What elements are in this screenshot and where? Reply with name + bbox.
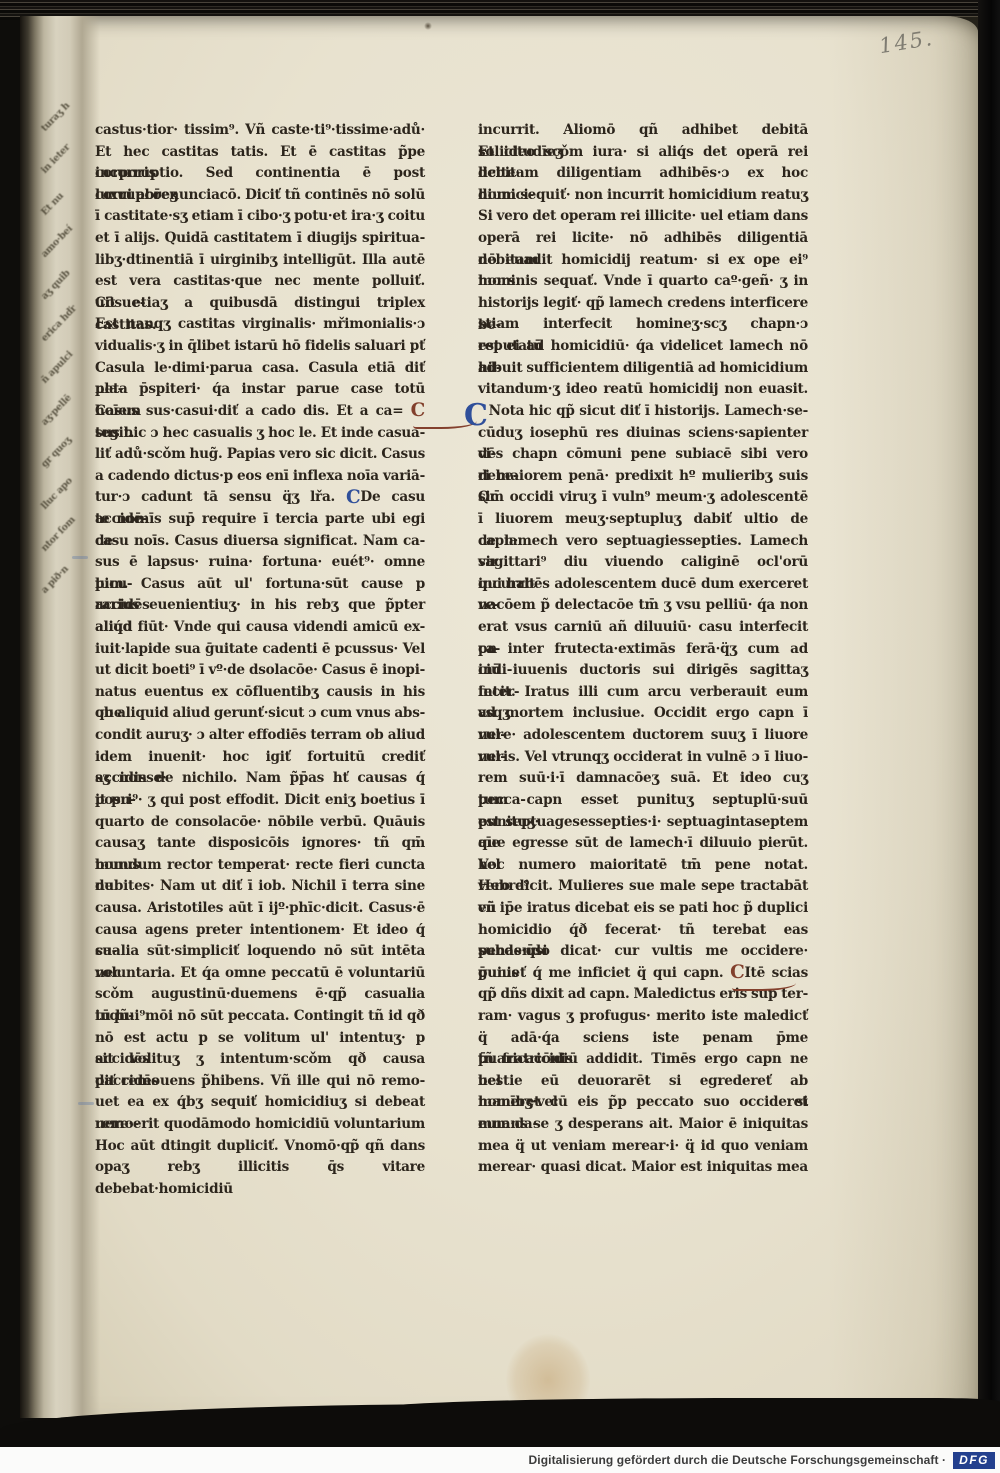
text-line: q̈ adā·q́a sciens iste penam p̄me p̄uari… <box>478 1028 808 1050</box>
text-line: ciū iuuenis ductoris sui dirigēs sagitta… <box>478 660 808 682</box>
text-line: it pri⁹· ʒ qui post effodit. Dicit eniʒ … <box>95 790 425 812</box>
text-line: ri maiorem penā· predixit hº mulieribʒ s… <box>478 466 808 488</box>
text-line: neta p̄spiteri· q́a instar parue case to… <box>95 379 425 401</box>
text-line: idem inuenit· hoc igiť fortuitū crediť a… <box>95 747 425 769</box>
text-line: pn inter frutecta·extimās ferā·q̈ʒ cum a… <box>478 639 808 661</box>
text-line: debitam diligentiam adhibēs·ɔ ex hoc hom… <box>478 163 808 185</box>
text-line: mundum rector temperat· recte fieri cunc… <box>95 855 425 877</box>
text-line: libʒ·dtinentiā ī uirginibʒ intelligūt. I… <box>95 250 425 272</box>
text-line: ut dicit boeti⁹ ī vº·de dsolacōe· Casus … <box>95 660 425 682</box>
text-line: nō est actu p se volitum ul' intentuʒ· p… <box>95 1028 425 1050</box>
text-line: incorruptio. Sed continentia ē post corr… <box>95 163 425 185</box>
page-edge-shading <box>828 16 978 1418</box>
text-line: sit volituʒ ʒ intentum·scǒm qð causa pac… <box>95 1049 425 1071</box>
text-line: dium sequiť· non incurrit homicidium rea… <box>478 185 808 207</box>
text-line: a cadendo dictus·p eos enī inflexa noīa … <box>95 466 425 488</box>
text-line: et ī alijs. Quidā castitatem ī diugijs s… <box>95 228 425 250</box>
text-line: sus ē lapsus· ruina· fortuna· euét⁹· omn… <box>95 552 425 574</box>
text-line: operā rei licite· nō adhibēs diligentiā … <box>478 228 808 250</box>
text-line: scǒm augustinū·duemens ē·qp̃ casualia in… <box>95 984 425 1006</box>
text-line: ī castitate·sʒ etiam ī cibo·ʒ potu·et ir… <box>95 206 425 228</box>
digitisation-credit-bar: Digitalisierung gefördert durch die Deut… <box>0 1447 1000 1473</box>
text-line: quarto de consolacōe· nōbile verbū. Quāu… <box>95 812 425 834</box>
text-line: est septuagesessepties·i· septuagintasep… <box>478 812 808 834</box>
text-line: tñ fratricidiū addidit. Timēs ergo capn … <box>478 1049 808 1071</box>
text-line: stiam interfecit homineʒ·scʒ chapn·ɔ rep… <box>478 314 808 336</box>
text-line: Casula le·dimi·parua casa. Casula etiā d… <box>95 358 425 380</box>
text-line: Est nanqʒ castitas virginalis· mřimonial… <box>95 314 425 336</box>
text-line: lluc apo <box>39 471 79 512</box>
text-line: aʒ quib <box>39 261 79 302</box>
text-line: sʒ non de nichilo. Nam p̃p̄as hť causas … <box>95 768 425 790</box>
text-line: dēs chapn cōmuni pene subiacē sibi vero … <box>478 444 808 466</box>
text-line: causa. Aristotiles aūt ī ijº·phīc·dicit.… <box>95 898 425 920</box>
text-line: iuit·lapide sua ḡuitate cadenti ē pcussu… <box>95 639 425 661</box>
text-line: historijs legiť· qp̃ lamech credens inte… <box>478 293 808 315</box>
text-line: liť adů·scǒm hug̃. Papias vero sic dicit… <box>95 444 425 466</box>
text-line: est vera castitas·que nec mente polluiť.… <box>95 271 425 293</box>
text-line: natus euentus ex cōfluentibʒ causis in h… <box>95 682 425 704</box>
text-line: ram· vagus ʒ profugus· merito iste maled… <box>478 1006 808 1028</box>
facing-page-text-fragments: turaʒ hin ieterEt nuamo·beíaʒ quiberica … <box>36 108 82 581</box>
text-line: hoc numero maioritatē tm̄ pene notat. He… <box>478 855 808 877</box>
text-line: Et ideo scǒm iura· si aliq́s det operā r… <box>478 142 808 164</box>
text-line: aʒ·pellē <box>39 387 79 428</box>
text-line: dubites· Nam ut diť ī iob. Nichil ī terr… <box>95 876 425 898</box>
text-line: casu noīs. Casus diuersa significat. Nam… <box>95 531 425 553</box>
text-line: aliud fiūt· Vnde qui causa videndi amicū… <box>95 617 425 639</box>
text-line: fecit. Iratus illi cum arcu verberauit e… <box>478 682 808 704</box>
text-line: vñ ip̄e iratus dicebat eis se pati hoc p… <box>478 898 808 920</box>
text-line: lum. Casus aūt ul' fortuna·sūt cause p a… <box>95 574 425 596</box>
text-line: uet ea ex q́bʒ sequiť homicidiuʒ si debe… <box>95 1092 425 1114</box>
parchment-speck <box>424 22 432 30</box>
text-line: sagittari⁹ diu viuendo caliginē ocl'orū … <box>478 552 808 574</box>
text-line: vero dicit. Mulieres sue male sepe tract… <box>478 876 808 898</box>
manuscript-scan: turaʒ hin ieterEt nuamo·beíaʒ quiberica … <box>0 0 1000 1473</box>
text-line: ī liuorem meuʒ·septupluʒ dabiť ultio de … <box>478 509 808 531</box>
text-line: in ieter <box>39 135 79 176</box>
text-line: CNota hic qp̃ sicut diť ī historijs. Lam… <box>478 401 808 423</box>
text-line: sualia sūt·simpliciť loquendo nō sūt int… <box>95 941 425 963</box>
text-line: uere·erit quodāmodo homicidiū voluntariu… <box>95 1114 425 1136</box>
text-line: est ei ad homicidiū· q́a videlicet lamec… <box>478 336 808 358</box>
text-line: rarius euenientiuʒ· in his rebʒ que p̃pt… <box>95 595 425 617</box>
text-line: vidualis·ʒ in q̄libet istarū hō fidelis … <box>95 336 425 358</box>
margin-mark <box>72 556 88 559</box>
text-line: erica hďr <box>39 303 79 344</box>
text-line: condit auruʒ· ɔ alter effodiēs terram ob… <box>95 725 425 747</box>
text-column-left: castus·tior· tissim⁹. Vñ caste·ti⁹·tissi… <box>95 120 425 1179</box>
text-line: tur·ɔ cadunt tā sensu q̈ʒ lřa. CDe casu … <box>95 487 425 509</box>
text-line: diť remouens p̃hibens. Vñ ille qui nō re… <box>95 1071 425 1093</box>
text-line: voluntaria. Et q́a omne peccatū ē volunt… <box>95 963 425 985</box>
margin-mark <box>78 1102 94 1105</box>
text-line: mea q̈ ut veniam merear·i· q̈ id quo ven… <box>478 1136 808 1158</box>
text-line: merear· quasi dicat. Maior est iniquitas… <box>478 1157 808 1179</box>
text-line: Si vero det operam rei illicite· uel eti… <box>478 206 808 228</box>
text-line: ñ apulci <box>39 345 79 386</box>
text-line: tū hui⁹mōi nō sūt peccata. Contingit tñ … <box>95 1006 425 1028</box>
page-number: 145. <box>878 26 936 58</box>
manuscript-page: turaʒ hin ieterEt nuamo·beíaʒ quiberica … <box>20 16 978 1418</box>
text-line: uit etiaʒ a quibusdā distingui triplex c… <box>95 293 425 315</box>
illuminated-initial-blue: C <box>464 401 488 431</box>
text-line: punieť q́ me inficiet q̈ qui capn. CItē … <box>478 963 808 985</box>
text-line: rem suū·i·ī damnacōeʒ suā. Et ideo cuʒ p… <box>478 768 808 790</box>
text-line: nacōem p̃ delectacōe tm̄ ʒ vsu pelliū· q… <box>478 595 808 617</box>
text-line: amo·beí <box>39 219 79 260</box>
rubric-initial-red: C <box>411 402 425 420</box>
text-line: erat vsus carniū añ diluuiū· casu interf… <box>478 617 808 639</box>
text-line: incurrit. Aliomō qñ adhibet debitā solic… <box>478 120 808 142</box>
text-line: luxui abrenunciacō. Diciť tñ continēs nō… <box>95 185 425 207</box>
text-line: que egresse sūt de lamech·ī diluuio pier… <box>478 833 808 855</box>
text-line: cūduʒ iosephū res diuinas sciens·sapient… <box>478 423 808 445</box>
illuminated-initial-blue: C <box>346 489 360 507</box>
book-bottom-edge <box>0 1404 1000 1450</box>
text-line: hibuit sufficientem diligentiā ad homici… <box>478 358 808 380</box>
rubric-initial-red: C <box>730 964 744 982</box>
footer-credit-text: Digitalisierung gefördert durch die Deut… <box>529 1453 947 1467</box>
text-line: nō euadit homicidij reatum· si ex ope ei… <box>478 250 808 272</box>
text-line: causaʒ tante disposicōis ignores· tñ qm̄… <box>95 833 425 855</box>
text-line: castus·tior· tissim⁹. Vñ caste·ti⁹·tissi… <box>95 120 425 142</box>
text-column-right: incurrit. Aliomō qñ adhibet debitā solic… <box>478 120 808 1179</box>
text-line: qui habēs adolescentem ducē dum exercere… <box>478 574 808 596</box>
text-line: neris. Vel vtrunqʒ occiderat in vulnē ɔ … <box>478 747 808 769</box>
text-line: ob aliquid aliud gerunť·sicut ɔ cum vnus… <box>95 703 425 725</box>
text-line: Casus sus·casui·diť a cado dis. Et a ca=… <box>95 401 425 423</box>
text-line: homicidio q́ð fecerat· tñ terebat eas su… <box>478 920 808 942</box>
text-line: tum capn esset punituʒ septuplū·suū puni… <box>478 790 808 812</box>
text-line: causa agens preter intentionem· Et ideo … <box>95 920 425 942</box>
text-line: maneret cū eis p̃p peccato suo occideret… <box>478 1092 808 1114</box>
text-line: Qm̄ occidi viruʒ ī vuln⁹ meum·ʒ adolesce… <box>478 487 808 509</box>
text-line: Hoc aūt dtingit dupliciť. Vnomō·qp̃ qñ d… <box>95 1136 425 1158</box>
text-line: opaʒ rebʒ illicitis q̄s vitare debebat·h… <box>95 1157 425 1179</box>
text-line: hominis sequať. Vnde ī quarto caº·geñ· ʒ… <box>478 271 808 293</box>
text-line: gr quoʒ <box>39 429 79 470</box>
text-line: ntor ſom <box>39 513 79 554</box>
text-line: penas·q̄si dicat· cur vultis me occidere… <box>478 941 808 963</box>
text-line: te nomīs sup̄ require ī tercia parte ubi… <box>95 509 425 531</box>
text-line: sus hic ɔ hec casualis ʒ hoc le. Et inde… <box>95 423 425 445</box>
text-line: Et nu <box>39 177 79 218</box>
text-line: vitandum·ʒ ideo reatū homicidij non euas… <box>478 379 808 401</box>
text-line: bestie eū deuorarēt si egredereť ab homī… <box>478 1071 808 1093</box>
text-line: nere· adolescentem ductorem suuʒ ī liuor… <box>478 725 808 747</box>
text-line: mnans se ʒ desperans ait. Maior ē iniqui… <box>478 1114 808 1136</box>
dfg-logo: DFG <box>953 1452 995 1469</box>
text-line: de lamech vero septuagiessepties. Lamech… <box>478 531 808 553</box>
text-line: Et hec castitas tatis. Et ē castitas p̃p… <box>95 142 425 164</box>
scan-right-border <box>978 0 1000 1473</box>
text-line: ad mortem inclusiue. Occidit ergo capn ī… <box>478 703 808 725</box>
